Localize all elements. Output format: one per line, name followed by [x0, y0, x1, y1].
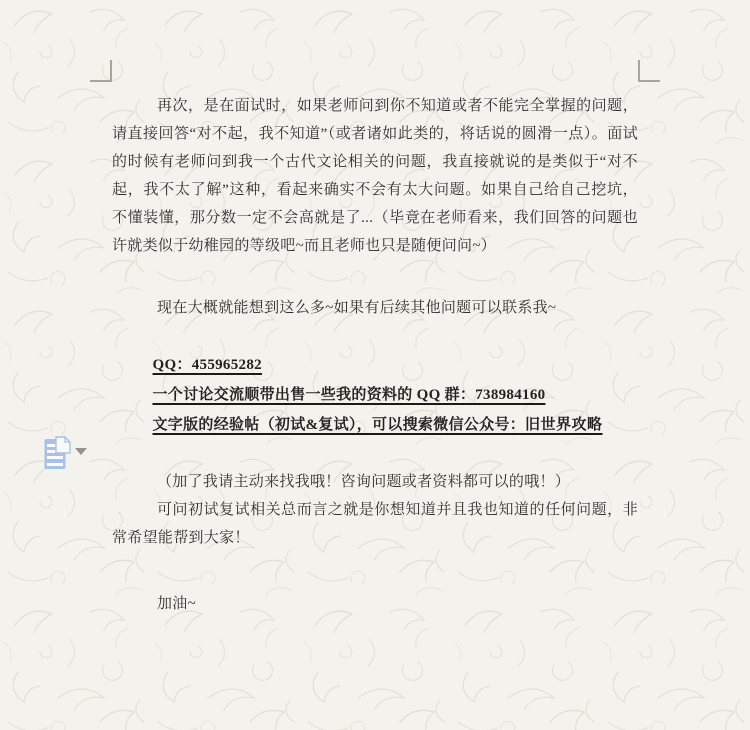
- contact-links: QQ：455965282 一个讨论交流顺带出售一些我的资料的 QQ 群：7389…: [112, 350, 638, 440]
- qq-group-line: 一个讨论交流顺带出售一些我的资料的 QQ 群：738984160: [112, 380, 638, 410]
- paste-options-button[interactable]: [42, 434, 92, 472]
- paragraph-questions: 可问初试复试相关总而言之就是你想知道并且我也知道的任何问题，非常希望能帮到大家！: [112, 496, 638, 552]
- wechat-line: 文字版的经验帖（初试&复试），可以搜索微信公众号：旧世界攻略: [112, 410, 638, 440]
- text-boundary-mark-top-left: [90, 60, 112, 82]
- wechat-account-name: 旧世界攻略: [525, 417, 603, 433]
- paragraph-note: （加了我请主动来找我哦！咨询问题或者资料都可以的哦！）: [112, 468, 638, 496]
- wechat-line-prefix: 文字版的经验帖（初试&复试），可以搜索微信公众号：: [153, 417, 526, 433]
- document-body: 再次，是在面试时，如果老师问到你不知道或者不能完全掌握的问题，请直接回答“对不起…: [112, 92, 638, 618]
- text-boundary-mark-top-right: [638, 60, 660, 82]
- paragraph-interview-advice: 再次，是在面试时，如果老师问到你不知道或者不能完全掌握的问题，请直接回答“对不起…: [112, 92, 638, 260]
- qq-contact-line: QQ：455965282: [112, 350, 638, 380]
- paragraph-contact-intro: 现在大概就能想到这么多~如果有后续其他问题可以联系我~: [112, 294, 638, 322]
- paragraph-cheer: 加油~: [112, 590, 638, 618]
- word-document-page: 再次，是在面试时，如果老师问到你不知道或者不能完全掌握的问题，请直接回答“对不起…: [0, 0, 750, 730]
- paste-options-icon: [44, 436, 71, 475]
- chevron-down-icon[interactable]: [75, 448, 87, 455]
